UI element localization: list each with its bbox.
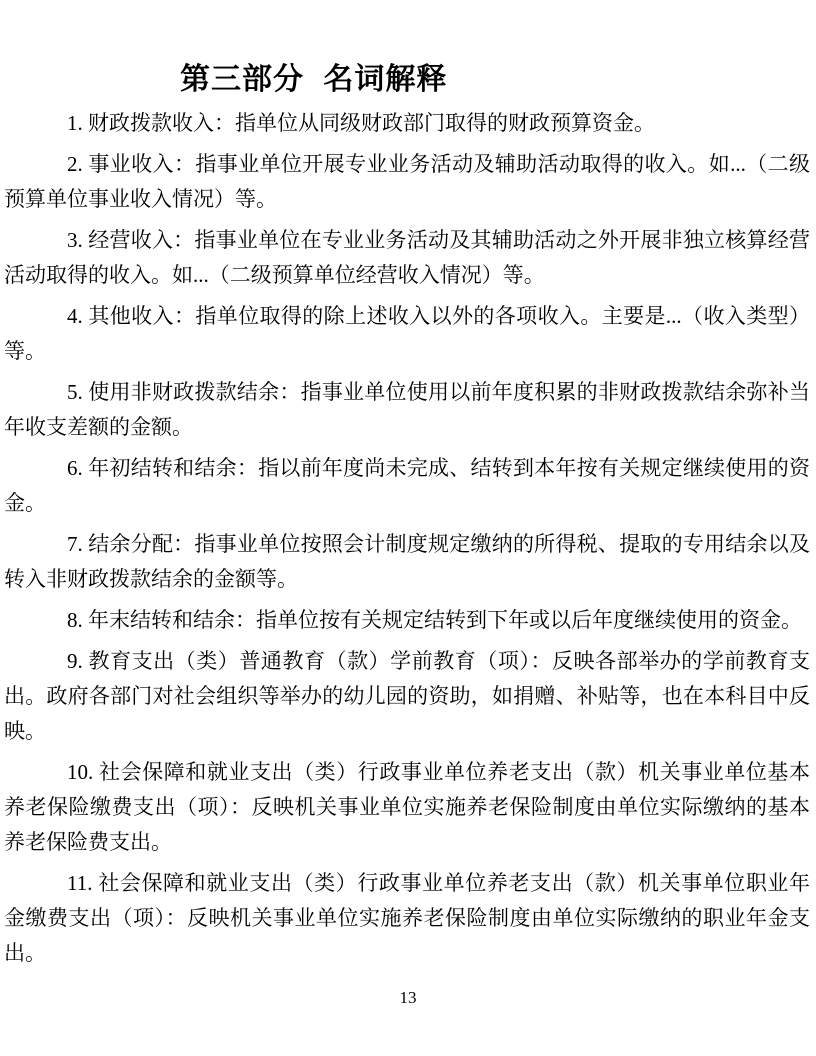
definition-item-2: 2. 事业收入：指事业单位开展专业业务活动及辅助活动取得的收入。如...（二级预… [4, 147, 810, 217]
definition-item-8: 8. 年末结转和结余：指单位按有关规定结转到下年或以后年度继续使用的资金。 [4, 603, 810, 638]
definition-item-7: 7. 结余分配：指事业单位按照会计制度规定缴纳的所得税、提取的专用结余以及转入非… [4, 527, 810, 597]
definitions-list: 1. 财政拨款收入：指单位从同级财政部门取得的财政预算资金。 2. 事业收入：指… [4, 106, 810, 971]
definition-item-10: 10. 社会保障和就业支出（类）行政事业单位养老支出（款）机关事业单位基本养老保… [4, 755, 810, 860]
document-page: 第三部分 名词解释 1. 财政拨款收入：指单位从同级财政部门取得的财政预算资金。… [0, 0, 816, 1056]
definition-item-11: 11. 社会保障和就业支出（类）行政事业单位养老支出（款）机关事单位职业年金缴费… [4, 866, 810, 971]
definition-item-6: 6. 年初结转和结余：指以前年度尚未完成、结转到本年按有关规定继续使用的资金。 [4, 451, 810, 521]
definition-item-5: 5. 使用非财政拨款结余：指事业单位使用以前年度积累的非财政拨款结余弥补当年收支… [4, 375, 810, 445]
definition-item-4: 4. 其他收入：指单位取得的除上述收入以外的各项收入。主要是...（收入类型）等… [4, 299, 810, 369]
definition-item-1: 1. 财政拨款收入：指单位从同级财政部门取得的财政预算资金。 [4, 106, 810, 141]
section-title: 第三部分 名词解释 [4, 58, 810, 102]
definition-item-9: 9. 教育支出（类）普通教育（款）学前教育（项）：反映各部举办的学前教育支出。政… [4, 644, 810, 749]
definition-item-3: 3. 经营收入：指事业单位在专业业务活动及其辅助活动之外开展非独立核算经营活动取… [4, 223, 810, 293]
page-number: 13 [0, 988, 816, 1008]
